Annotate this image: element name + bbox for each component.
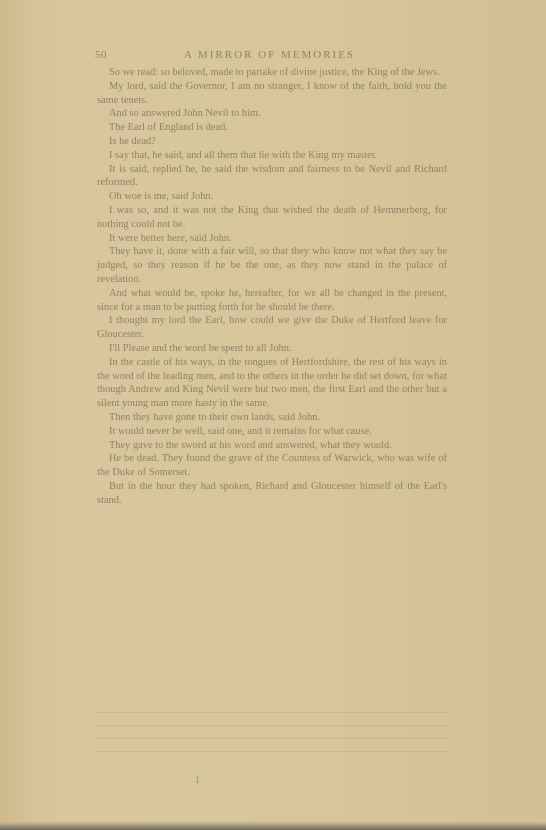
paragraph: I'll Please and the word be spent to all… <box>97 342 447 356</box>
footer-mark: 1 <box>195 775 200 786</box>
paragraph: It were better here, said John. <box>97 232 447 246</box>
bleed-through-text <box>97 700 447 760</box>
paragraph: They have it, done with a fair will, so … <box>97 245 447 286</box>
paragraph: In the castle of his ways, in the tongue… <box>97 356 447 411</box>
page-bottom-edge <box>0 822 546 830</box>
paragraph: But in the hour they had spoken, Richard… <box>97 480 447 508</box>
paragraph: It is said, replied he, he said the wisd… <box>97 163 447 191</box>
paragraph: He be dead. They found the grave of the … <box>97 452 447 480</box>
paragraph: The Earl of England is dead. <box>97 121 447 135</box>
paragraph: It would never be well, said one, and it… <box>97 425 447 439</box>
running-header: 50 A MIRROR OF MEMORIES <box>97 49 442 63</box>
page-gutter-shadow <box>0 0 40 830</box>
paragraph: So we read: so beloved, made to partake … <box>97 66 447 80</box>
paragraph: Then they have gone to their own lands, … <box>97 411 447 425</box>
body-text: So we read: so beloved, made to partake … <box>97 66 447 508</box>
paragraph: I thought my lord the Earl, how could we… <box>97 314 447 342</box>
paragraph: Is he dead? <box>97 135 447 149</box>
book-page: 50 A MIRROR OF MEMORIES So we read: so b… <box>0 0 546 830</box>
paragraph: They gave to the sword at his word and a… <box>97 439 447 453</box>
paragraph: Oh woe is me, said John. <box>97 190 447 204</box>
paragraph: And so answered John Nevil to him. <box>97 107 447 121</box>
paragraph: And what would be, spoke he, hereafter, … <box>97 287 447 315</box>
paragraph: My lord, said the Governor, I am no stra… <box>97 80 447 108</box>
paragraph: I say that, he said, and all them that l… <box>97 149 447 163</box>
paragraph: I was so, and it was not the King that w… <box>97 204 447 232</box>
running-title: A MIRROR OF MEMORIES <box>97 49 442 61</box>
